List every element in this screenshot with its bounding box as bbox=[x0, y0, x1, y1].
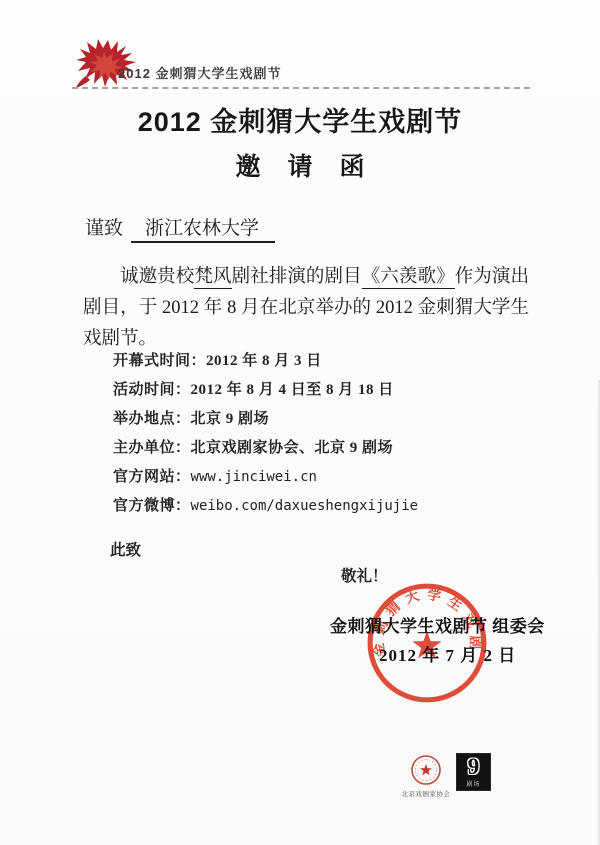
closing-cizhi: 此致 bbox=[110, 538, 141, 560]
detail-row-venue: 举办地点：北京 9 剧场 bbox=[113, 405, 418, 434]
body-mid: 剧社排演的剧目 bbox=[232, 267, 362, 287]
detail-label: 开幕式时间： bbox=[113, 353, 206, 369]
detail-row-event-time: 活动时间：2012 年 8 月 4 日至 8 月 18 日 bbox=[113, 376, 418, 405]
salutation-line: 谨致浙江农林大学 bbox=[85, 213, 275, 243]
beijing-drama-association-logo bbox=[410, 754, 442, 786]
scanned-invitation-letter: 2012 金刺猬大学生戏剧节 2012 金刺猬大学生戏剧节 邀 请 函 谨致浙江… bbox=[0, 0, 600, 845]
nine-glyph: 9 bbox=[468, 756, 480, 778]
event-details-list: 开幕式时间：2012 年 8 月 3 日 活动时间：2012 年 8 月 4 日… bbox=[113, 347, 418, 521]
detail-row-website: 官方网站：www.jinciwei.cn bbox=[113, 463, 418, 492]
detail-label: 活动时间： bbox=[113, 382, 191, 398]
troupe-name-underlined: 梵风 bbox=[194, 267, 231, 289]
page-subtitle: 邀 请 函 bbox=[0, 147, 600, 183]
detail-label: 官方网站： bbox=[113, 469, 191, 485]
header-divider bbox=[72, 87, 530, 89]
play-title-underlined: 《六羡歌》 bbox=[362, 267, 455, 289]
detail-row-opening-time: 开幕式时间：2012 年 8 月 3 日 bbox=[113, 347, 418, 376]
detail-label: 举办地点： bbox=[113, 411, 191, 427]
detail-row-weibo: 官方微博：weibo.com/daxueshengxijujie bbox=[113, 492, 418, 521]
detail-value: 2012 年 8 月 3 日 bbox=[206, 353, 322, 369]
association-caption: 北京戏剧家协会 bbox=[398, 789, 454, 798]
official-weibo-url: weibo.com/daxueshengxijujie bbox=[191, 498, 419, 514]
beijing-9-theatre-logo: 9 剧场 bbox=[456, 753, 491, 791]
detail-value: 北京 9 剧场 bbox=[191, 411, 270, 427]
page-title: 2012 金刺猬大学生戏剧节 bbox=[0, 100, 600, 139]
detail-value: 北京戏剧家协会、北京 9 剧场 bbox=[191, 440, 394, 456]
recipient-name: 浙江农林大学 bbox=[131, 213, 275, 243]
salutation-prefix: 谨致 bbox=[85, 218, 123, 239]
body-paragraph: 诚邀贵校梵风剧社排演的剧目《六羡歌》作为演出剧目，于 2012 年 8 月在北京… bbox=[83, 262, 529, 355]
body-lead: 诚邀贵校 bbox=[120, 267, 194, 287]
detail-row-organizer: 主办单位：北京戏剧家协会、北京 9 剧场 bbox=[113, 434, 418, 463]
detail-value: 2012 年 8 月 4 日至 8 月 18 日 bbox=[191, 382, 394, 398]
signature-date: 2012 年 7 月 2 日 bbox=[379, 641, 516, 666]
detail-label: 主办单位： bbox=[113, 440, 191, 456]
official-website-url: www.jinciwei.cn bbox=[191, 469, 317, 485]
detail-label: 官方微博： bbox=[113, 498, 191, 514]
nine-theatre-label: 剧场 bbox=[466, 779, 480, 788]
signature-organization: 金刺猬大学生戏剧节 组委会 bbox=[330, 612, 545, 637]
header-logo-text: 2012 金刺猬大学生戏剧节 bbox=[118, 63, 282, 82]
